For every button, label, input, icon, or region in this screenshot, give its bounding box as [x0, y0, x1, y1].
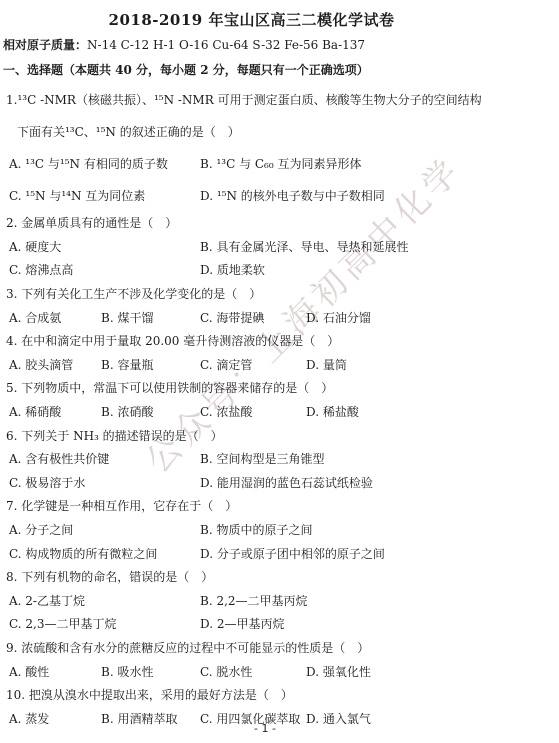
- question-1-options-row-2: C. ¹⁵N 与¹⁴N 互为同位素 D. ¹⁵N 的核外电子数与中子数相同: [3, 179, 559, 211]
- question-2-stem: 2. 金属单质具有的通性是（ ）: [3, 211, 559, 235]
- question-4-option-b: B. 容量瓶: [101, 356, 200, 373]
- question-6-options-row-1: A. 含有极性共价键 B. 空间构型是三角锥型: [3, 447, 559, 471]
- question-2-options-row-1: A. 硬度大 B. 具有金属光泽、导电、导热和延展性: [3, 235, 559, 259]
- question-8-options-row-2: C. 2,3—二甲基丁烷 D. 2—甲基丙烷: [3, 612, 559, 636]
- question-4-stem: 4. 在中和滴定中用于量取 20.00 毫升待测溶液的仪器是（ ）: [3, 329, 559, 353]
- question-1-option-b: B. ¹³C 与 C₆₀ 互为同素异形体: [200, 155, 559, 172]
- question-7-options-row-2: C. 构成物质的所有微粒之间 D. 分子或原子团中相邻的原子之间: [3, 541, 559, 565]
- question-6-option-b: B. 空间构型是三角锥型: [200, 450, 559, 467]
- question-3-stem: 3. 下列有关化工生产不涉及化学变化的是（ ）: [3, 282, 559, 306]
- page-title: 2018-2019 年宝山区高三二模化学试卷: [3, 8, 500, 32]
- atomic-mass-line: 相对原子质量：N-14 C-12 H-1 O-16 Cu-64 S-32 Fe-…: [3, 35, 559, 55]
- question-4-option-c: C. 滴定管: [200, 356, 306, 373]
- question-8-option-b: B. 2,2—二甲基丙烷: [200, 592, 559, 609]
- question-2-option-d: D. 质地柔软: [200, 261, 559, 278]
- question-6-option-c: C. 极易溶于水: [9, 474, 200, 491]
- question-2-option-c: C. 熔沸点高: [9, 261, 200, 278]
- question-5-option-c: C. 浓盐酸: [200, 403, 306, 420]
- question-8-option-a: A. 2-乙基丁烷: [9, 592, 200, 609]
- question-1: 1.¹³C -NMR（核磁共振）、¹⁵N -NMR 可用于测定蛋白质、核酸等生物…: [3, 83, 559, 211]
- question-8-stem: 8. 下列有机物的命名，错误的是（ ）: [3, 565, 559, 589]
- question-8-option-c: C. 2,3—二甲基丁烷: [9, 615, 200, 632]
- question-8: 8. 下列有机物的命名，错误的是（ ） A. 2-乙基丁烷 B. 2,2—二甲基…: [3, 565, 559, 636]
- question-3-option-b: B. 煤干馏: [101, 309, 200, 326]
- question-3-options-row: A. 合成氨 B. 煤干馏 C. 海带提碘 D. 石油分馏: [3, 305, 559, 329]
- question-4-options-row: A. 胶头滴管 B. 容量瓶 C. 滴定管 D. 量筒: [3, 353, 559, 377]
- question-5-stem: 5. 下列物质中，常温下可以使用铁制的容器来储存的是（ ）: [3, 376, 559, 400]
- question-7-option-b: B. 物质中的原子之间: [200, 521, 559, 538]
- paper-content: 2018-2019 年宝山区高三二模化学试卷 相对原子质量：N-14 C-12 …: [0, 8, 559, 730]
- exam-paper-page: 公众号：上海初高中化学 2018-2019 年宝山区高三二模化学试卷 相对原子质…: [0, 0, 559, 743]
- section-title: 一、选择题（本题共 40 分，每小题 2 分，每题只有一个正确选项）: [3, 60, 559, 80]
- question-2-option-b: B. 具有金属光泽、导电、导热和延展性: [200, 238, 559, 255]
- question-9-option-b: B. 吸水性: [101, 663, 200, 680]
- question-3-option-d: D. 石油分馏: [306, 309, 559, 326]
- question-6: 6. 下列关于 NH₃ 的描述错误的是（ ） A. 含有极性共价键 B. 空间构…: [3, 423, 559, 494]
- question-2-options-row-2: C. 熔沸点高 D. 质地柔软: [3, 258, 559, 282]
- question-10-stem: 10. 把溴从溴水中提取出来，采用的最好方法是（ ）: [3, 683, 559, 707]
- question-1-options-row-1: A. ¹³C 与¹⁵N 有相同的质子数 B. ¹³C 与 C₆₀ 互为同素异形体: [3, 147, 559, 179]
- question-9-stem: 9. 浓硫酸和含有水分的蔗糖反应的过程中不可能显示的性质是（ ）: [3, 636, 559, 660]
- question-5-option-d: D. 稀盐酸: [306, 403, 559, 420]
- question-1-option-a: A. ¹³C 与¹⁵N 有相同的质子数: [9, 155, 200, 172]
- question-7: 7. 化学键是一种相互作用，它存在于（ ） A. 分子之间 B. 物质中的原子之…: [3, 494, 559, 565]
- question-7-option-c: C. 构成物质的所有微粒之间: [9, 545, 200, 562]
- question-6-options-row-2: C. 极易溶于水 D. 能用湿润的蓝色石蕊试纸检验: [3, 471, 559, 495]
- question-1-stem: 1.¹³C -NMR（核磁共振）、¹⁵N -NMR 可用于测定蛋白质、核酸等生物…: [3, 83, 559, 115]
- question-3-option-a: A. 合成氨: [9, 309, 101, 326]
- question-8-options-row-1: A. 2-乙基丁烷 B. 2,2—二甲基丙烷: [3, 589, 559, 613]
- question-9-option-c: C. 脱水性: [200, 663, 306, 680]
- question-6-stem: 6. 下列关于 NH₃ 的描述错误的是（ ）: [3, 423, 559, 447]
- atomic-mass-label: 相对原子质量：: [3, 38, 87, 52]
- question-7-option-d: D. 分子或原子团中相邻的原子之间: [200, 545, 559, 562]
- question-1-option-d: D. ¹⁵N 的核外电子数与中子数相同: [200, 187, 559, 204]
- question-5: 5. 下列物质中，常温下可以使用铁制的容器来储存的是（ ） A. 稀硝酸 B. …: [3, 376, 559, 423]
- question-7-option-a: A. 分子之间: [9, 521, 200, 538]
- question-4: 4. 在中和滴定中用于量取 20.00 毫升待测溶液的仪器是（ ） A. 胶头滴…: [3, 329, 559, 376]
- question-5-option-a: A. 稀硝酸: [9, 403, 101, 420]
- question-6-option-a: A. 含有极性共价键: [9, 450, 200, 467]
- question-2-option-a: A. 硬度大: [9, 238, 200, 255]
- question-3: 3. 下列有关化工生产不涉及化学变化的是（ ） A. 合成氨 B. 煤干馏 C.…: [3, 282, 559, 329]
- question-9-options-row: A. 酸性 B. 吸水性 C. 脱水性 D. 强氧化性: [3, 659, 559, 683]
- question-3-option-c: C. 海带提碘: [200, 309, 306, 326]
- question-7-stem: 7. 化学键是一种相互作用，它存在于（ ）: [3, 494, 559, 518]
- question-4-option-a: A. 胶头滴管: [9, 356, 101, 373]
- question-5-option-b: B. 浓硝酸: [101, 403, 200, 420]
- question-4-option-d: D. 量筒: [306, 356, 559, 373]
- question-2: 2. 金属单质具有的通性是（ ） A. 硬度大 B. 具有金属光泽、导电、导热和…: [3, 211, 559, 282]
- page-number: - 1 -: [0, 722, 530, 735]
- question-8-option-d: D. 2—甲基丙烷: [200, 615, 559, 632]
- question-9-option-a: A. 酸性: [9, 663, 101, 680]
- question-1-option-c: C. ¹⁵N 与¹⁴N 互为同位素: [9, 187, 200, 204]
- atomic-mass-values: N-14 C-12 H-1 O-16 Cu-64 S-32 Fe-56 Ba-1…: [87, 38, 365, 52]
- question-9: 9. 浓硫酸和含有水分的蔗糖反应的过程中不可能显示的性质是（ ） A. 酸性 B…: [3, 636, 559, 683]
- question-6-option-d: D. 能用湿润的蓝色石蕊试纸检验: [200, 474, 559, 491]
- question-7-options-row-1: A. 分子之间 B. 物质中的原子之间: [3, 518, 559, 542]
- question-1-stem-cont: 下面有关¹³C、¹⁵N 的叙述正确的是（ ）: [3, 115, 559, 147]
- question-9-option-d: D. 强氧化性: [306, 663, 559, 680]
- question-5-options-row: A. 稀硝酸 B. 浓硝酸 C. 浓盐酸 D. 稀盐酸: [3, 400, 559, 424]
